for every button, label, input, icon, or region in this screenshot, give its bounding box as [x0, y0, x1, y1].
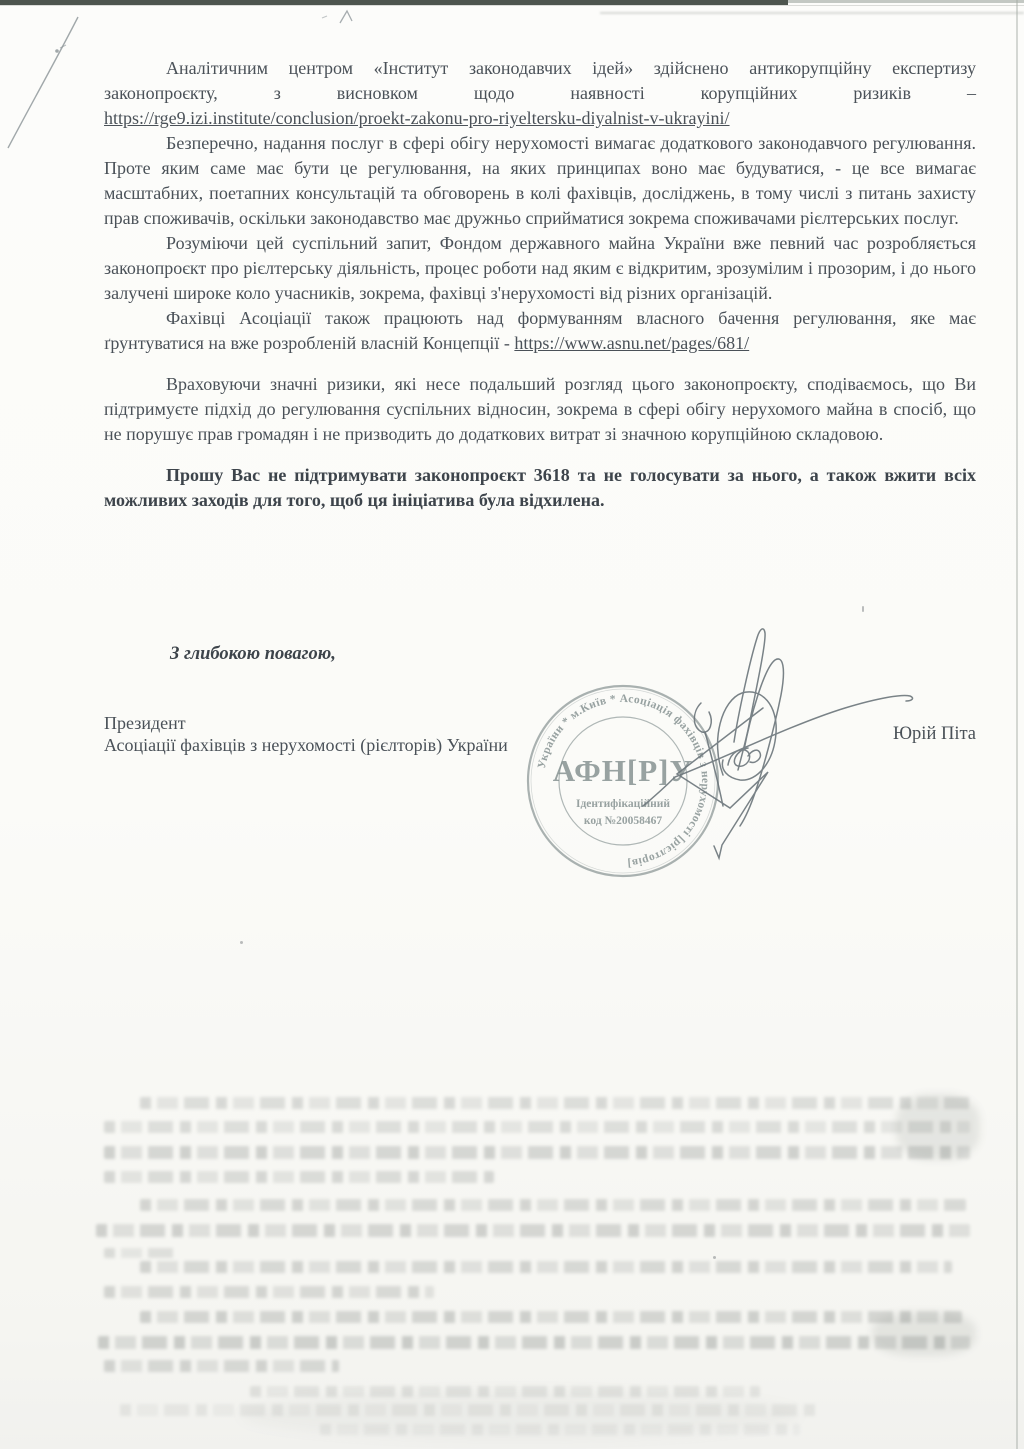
bleed-through-clump [896, 1094, 980, 1160]
closing-salutation: З глибокою повагою, [170, 644, 336, 665]
bleed-through-line [98, 1336, 970, 1349]
bleed-through-clump [872, 1312, 976, 1356]
paragraph-risks: Враховуючи значні ризики, які несе подал… [104, 372, 976, 447]
paragraph-regulation-need: Безперечно, надання послуг в сфері обігу… [104, 131, 976, 231]
bleed-through-line [104, 1121, 970, 1133]
bleed-through-line [140, 1097, 970, 1109]
scanned-letter-page: Аналітичним центром «Інститут законодавч… [0, 0, 1024, 1449]
bleed-through-line [104, 1171, 494, 1183]
bleed-through-line [140, 1261, 952, 1273]
handwritten-signature [600, 590, 930, 880]
pen-stroke-mark [0, 0, 100, 160]
bleed-through-line [140, 1311, 962, 1323]
bleed-through-line [104, 1248, 174, 1258]
scan-speck [240, 941, 243, 944]
bleed-through-smudge [240, 1390, 800, 1440]
bleed-through-line [104, 1360, 339, 1372]
paragraph-request-bold: Прошу Вас не підтримувати законопроєкт 3… [104, 463, 976, 513]
paragraph-expertise-text: Аналітичним центром «Інститут законодавч… [104, 58, 976, 103]
bleed-through-line [104, 1146, 970, 1159]
paragraph-fund-draft: Розуміючи цей суспільний запит, Фондом д… [104, 231, 976, 306]
paragraph-association-concept: Фахівці Асоціації також працюють над фор… [104, 306, 976, 356]
scanner-edge-bar-light [788, 0, 1024, 3]
conclusion-url-link: https://rge9.izi.institute/conclusion/pr… [104, 106, 976, 131]
scan-speck [713, 1256, 716, 1259]
scanner-edge-line [0, 5, 1024, 6]
paragraph-expertise: Аналітичним центром «Інститут законодавч… [104, 56, 976, 131]
letter-body: Аналітичним центром «Інститут законодавч… [104, 56, 976, 513]
scanner-right-edge [1016, 0, 1018, 1449]
scan-streak [600, 12, 1024, 14]
bleed-through-line [104, 1286, 434, 1298]
bleed-through-line [96, 1224, 970, 1237]
asnu-concept-url-link: https://www.asnu.net/pages/681/ [514, 333, 749, 353]
pen-tick-mark [318, 6, 363, 28]
bleed-through-line [140, 1199, 966, 1211]
